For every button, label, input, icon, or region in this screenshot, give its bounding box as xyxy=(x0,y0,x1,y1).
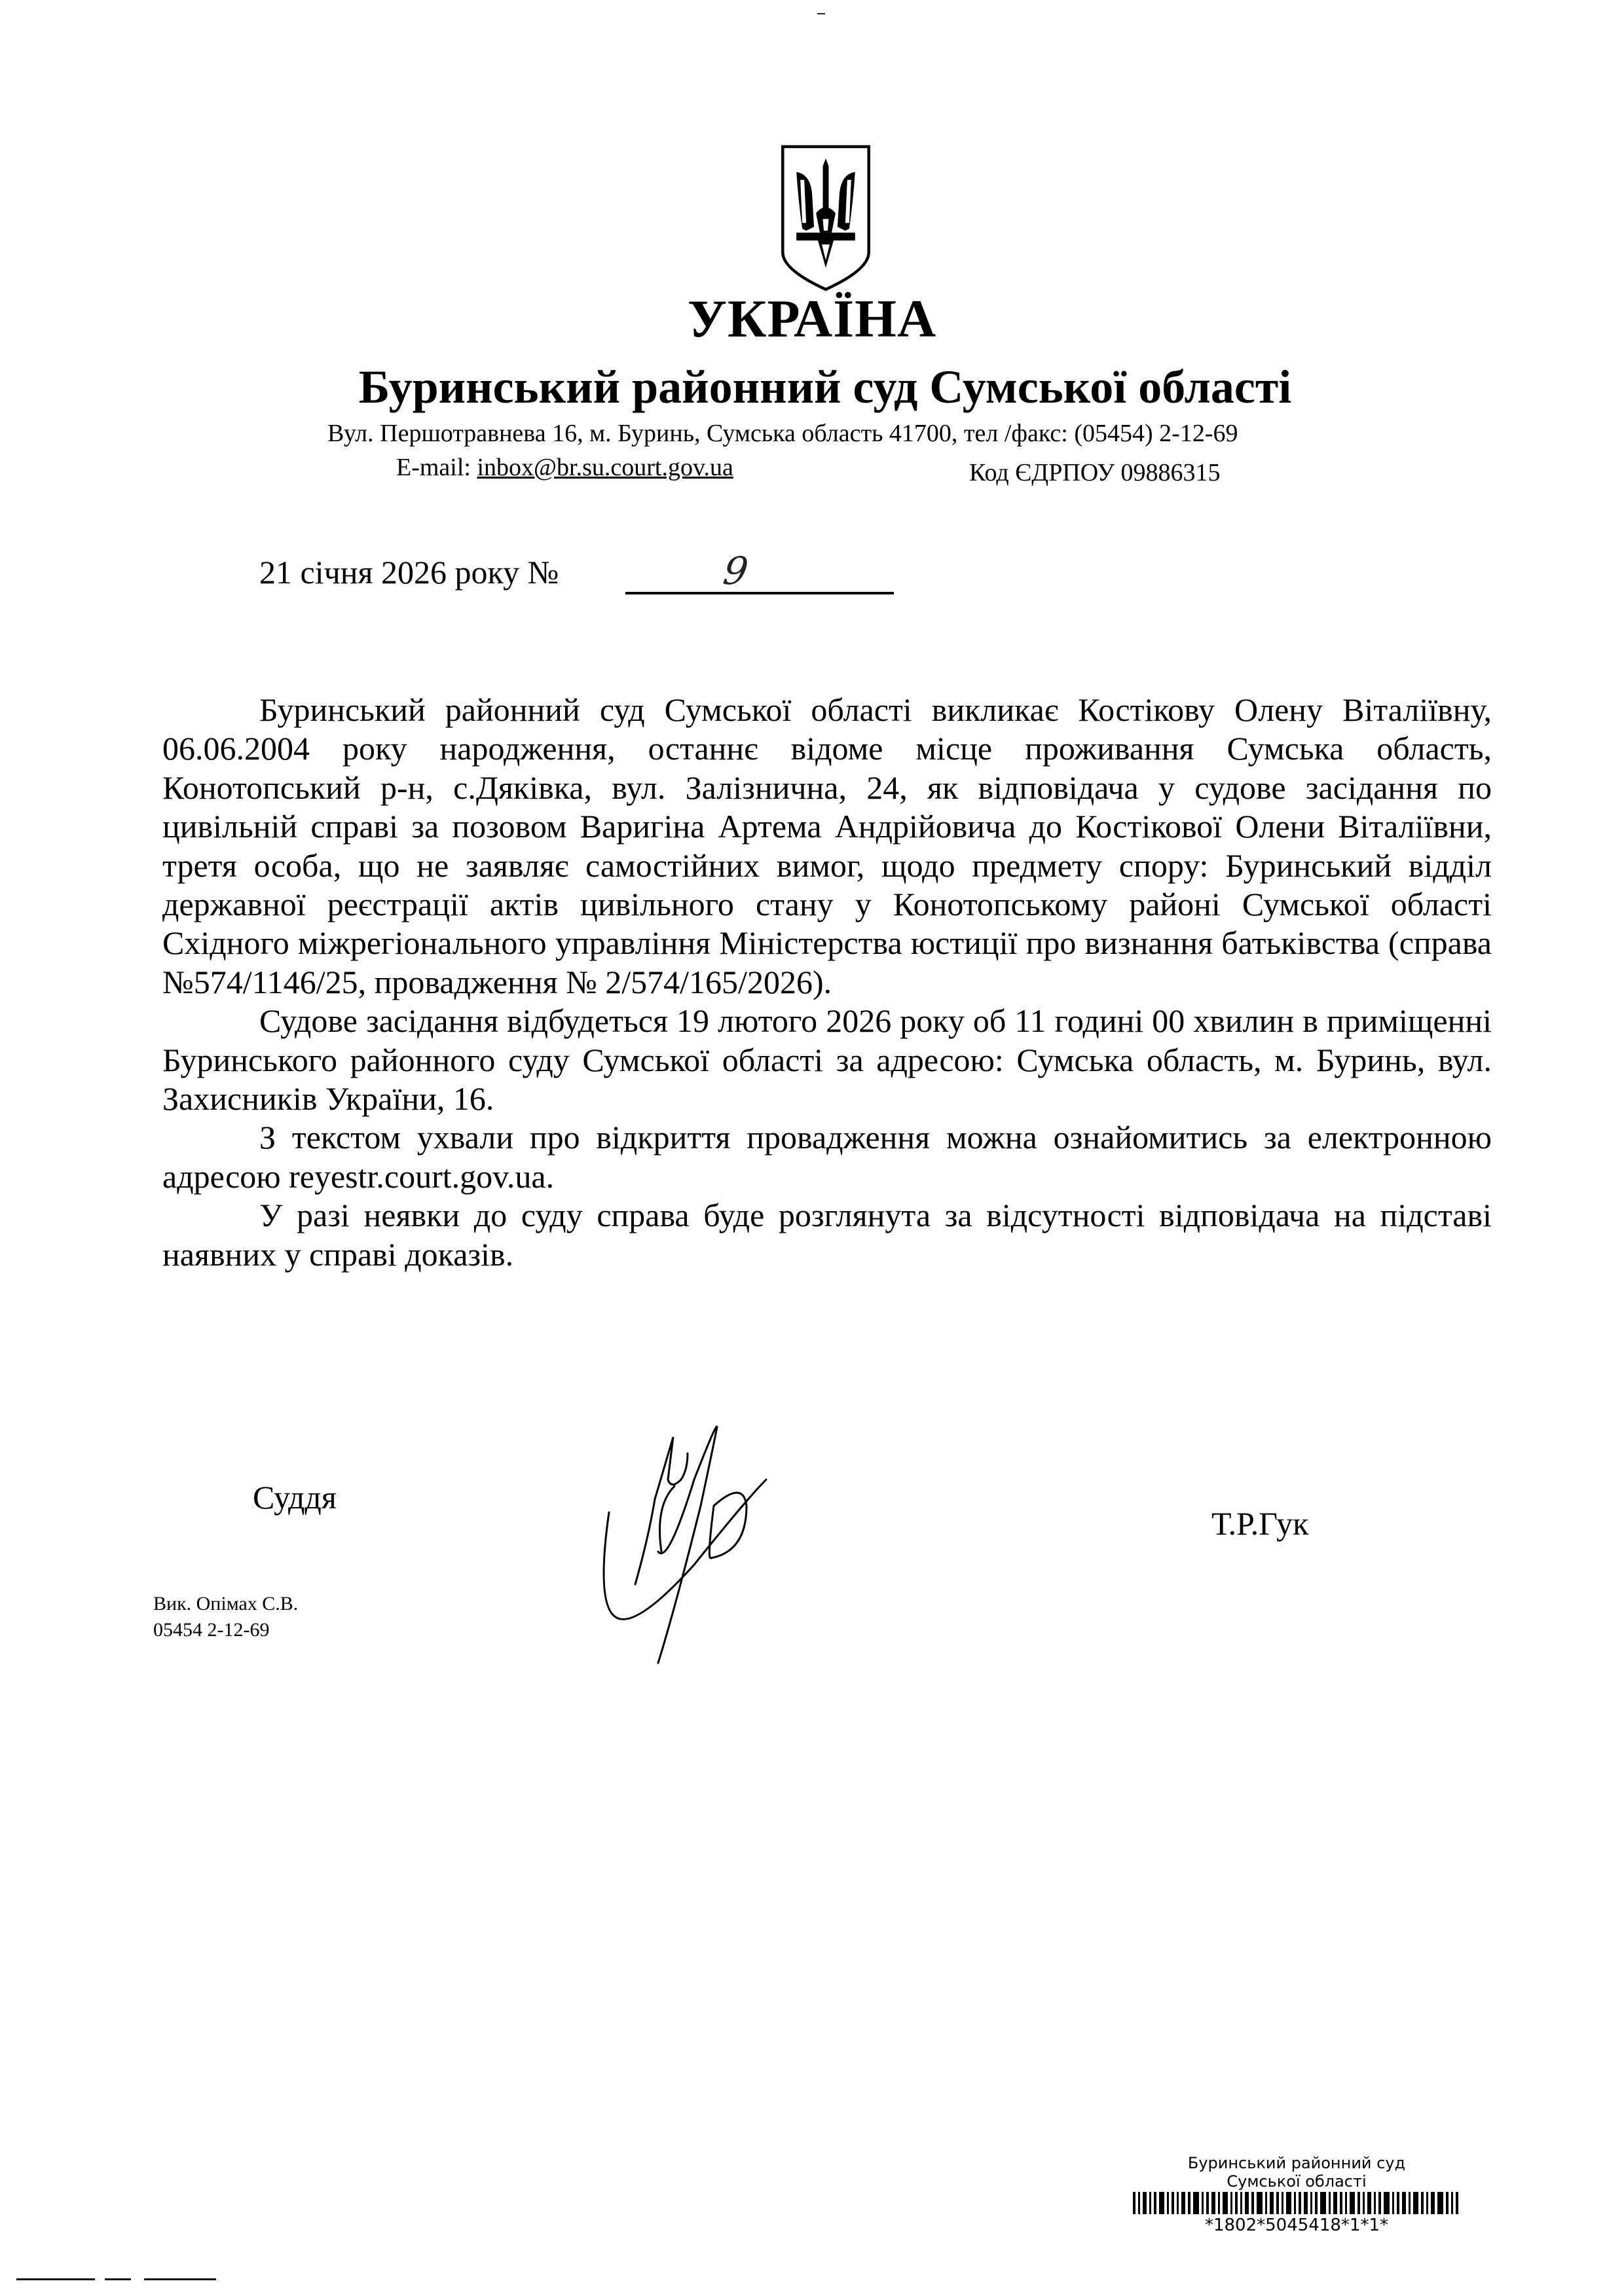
document-date: 21 січня 2026 року № xyxy=(259,553,559,591)
barcode-number: *1802*5045418*1*1* xyxy=(1048,2215,1545,2235)
court-name-heading: Буринський районний суд Сумської області xyxy=(0,360,1624,414)
document-body: Буринський районний суд Сумської області… xyxy=(162,691,1492,1274)
paragraph-hearing: Судове засідання відбудеться 19 лютого 2… xyxy=(162,1002,1492,1118)
number-underline xyxy=(625,592,894,594)
executor-info: Вик. Опімах С.В. 05454 2-12-69 xyxy=(153,1591,298,1643)
stamp-line-1: Буринський районний суд xyxy=(1048,2154,1545,2172)
executor-phone: 05454 2-12-69 xyxy=(153,1617,298,1643)
barcode-icon xyxy=(1048,2192,1545,2214)
scan-artifact-mark xyxy=(817,13,825,14)
court-address: Вул. Першотравнева 16, м. Буринь, Сумськ… xyxy=(327,419,1238,448)
document-number-handwritten: 9 xyxy=(720,549,750,593)
email-link[interactable]: inbox@br.su.court.gov.ua xyxy=(477,454,733,481)
judge-name: Т.Р.Гук xyxy=(1211,1504,1308,1542)
paragraph-summons: Буринський районний суд Сумської області… xyxy=(162,691,1492,1002)
paragraph-absence: У разі неявки до суду справа буде розгля… xyxy=(162,1196,1492,1274)
registry-stamp: Буринський районний суд Сумської області… xyxy=(1048,2154,1545,2235)
handwritten-signature-icon xyxy=(589,1408,956,1689)
scan-artifact-lines xyxy=(13,2278,223,2281)
country-title: УКРАЇНА xyxy=(0,288,1624,350)
judge-role-label: Суддя xyxy=(253,1478,337,1516)
trident-emblem-icon xyxy=(777,143,875,293)
executor-name: Вик. Опімах С.В. xyxy=(153,1591,298,1617)
edrpou-code: Код ЄДРПОУ 09886315 xyxy=(969,458,1221,487)
stamp-line-2: Сумської області xyxy=(1048,2172,1545,2191)
paragraph-ruling-text: З текстом ухвали про відкриття проваджен… xyxy=(162,1118,1492,1196)
email-label: E-mail: xyxy=(396,454,471,481)
email-label-wrap: E-mail: inbox@br.su.court.gov.ua xyxy=(396,453,733,482)
